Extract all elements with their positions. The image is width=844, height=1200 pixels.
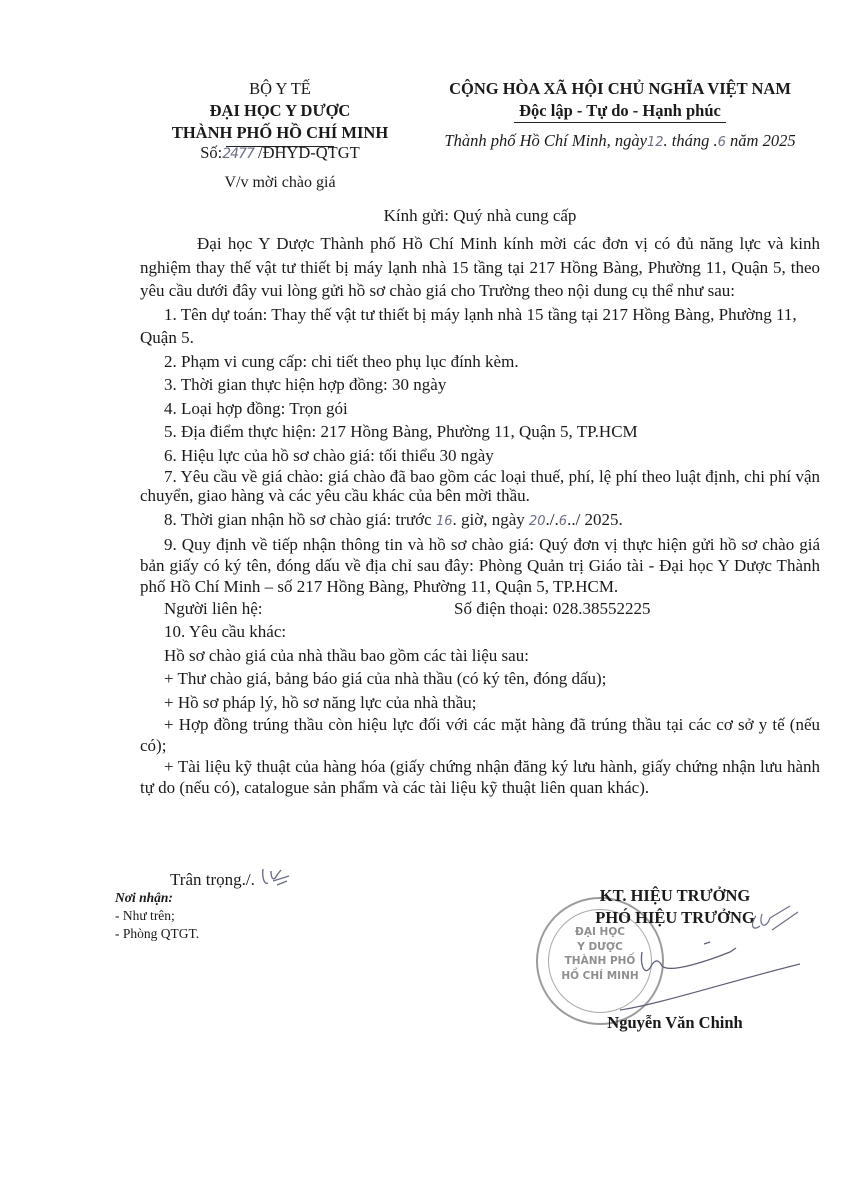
recipient-item: - Phòng QTGT.	[115, 925, 199, 943]
requirement-bullet: + Hồ sơ pháp lý, hồ sơ năng lực của nhà …	[140, 691, 820, 715]
handwritten-day: 12	[647, 135, 664, 150]
item-6: 6. Hiệu lực của hồ sơ chào giá: tối thiể…	[140, 444, 820, 468]
item-10-title: 10. Yêu cầu khác:	[140, 620, 820, 644]
handwritten-number: 2477	[222, 146, 254, 162]
number-prefix: Số:	[200, 143, 222, 162]
salutation: Kính gửi: Quý nhà cung cấp	[140, 206, 820, 226]
item-8: 8. Thời gian nhận hồ sơ chào giá: trước …	[140, 508, 820, 534]
contact-phone: Số điện thoại: 028.38552225	[454, 597, 650, 621]
item-8-prefix: 8. Thời gian nhận hồ sơ chào giá: trước	[164, 510, 436, 529]
item-4: 4. Loại hợp đồng: Trọn gói	[140, 397, 820, 421]
contact-row: Người liên hệ: Số điện thoại: 028.385522…	[140, 597, 820, 621]
handwritten-hour: 16	[436, 514, 453, 529]
document-number: Số:2477 /ĐHYD-QTGT	[140, 143, 420, 163]
recipients-title: Nơi nhận:	[115, 889, 199, 907]
ministry-name: BỘ Y TẾ	[140, 78, 420, 100]
number-suffix: /ĐHYD-QTGT	[254, 143, 360, 162]
letter-body: Đại học Y Dược Thành phố Hồ Chí Minh kín…	[140, 232, 820, 798]
date-suffix: năm 2025	[726, 131, 796, 150]
org-name-line1: ĐẠI HỌC Y DƯỢC	[140, 100, 420, 122]
item-5: 5. Địa điểm thực hiện: 217 Hồng Bàng, Ph…	[140, 420, 820, 444]
item-7: 7. Yêu cầu về giá chào: giá chào đã bao …	[140, 467, 820, 505]
closing-text: Trân trọng./.	[170, 867, 293, 890]
requirement-bullet: + Thư chào giá, bảng báo giá của nhà thầ…	[140, 667, 820, 691]
signature-scribble-icon	[600, 900, 800, 1030]
nation-name: CỘNG HÒA XÃ HỘI CHỦ NGHĨA VIỆT NAM	[420, 78, 820, 100]
item-9: 9. Quy định về tiếp nhận thông tin và hồ…	[140, 534, 820, 597]
recipients-block: Nơi nhận: - Như trên; - Phòng QTGT.	[115, 889, 199, 943]
item-8-mid: . giờ, ngày	[452, 510, 529, 529]
issuer-header: BỘ Y TẾ ĐẠI HỌC Y DƯỢC THÀNH PHỐ HỒ CHÍ …	[140, 78, 420, 151]
national-header: CỘNG HÒA XÃ HỘI CHỦ NGHĨA VIỆT NAM Độc l…	[420, 78, 820, 123]
contact-person-label: Người liên hệ:	[140, 597, 454, 621]
handwritten-deadline-month: 6	[559, 514, 567, 529]
item-1: 1. Tên dự toán: Thay thế vật tư thiết bị…	[140, 303, 820, 350]
initials-scribble-icon	[259, 867, 293, 889]
item-8-sep: ./.	[546, 510, 559, 529]
date-mid: . tháng .	[664, 131, 718, 150]
item-3: 3. Thời gian thực hiện hợp đồng: 30 ngày	[140, 373, 820, 397]
requirement-bullet: + Tài liệu kỹ thuật của hàng hóa (giấy c…	[140, 756, 820, 798]
signer-name: Nguyễn Văn Chinh	[560, 1013, 790, 1033]
national-motto: Độc lập - Tự do - Hạnh phúc	[420, 100, 820, 122]
recipient-item: - Như trên;	[115, 907, 199, 925]
date-line: Thành phố Hồ Chí Minh, ngày12. tháng .6 …	[420, 131, 820, 151]
item-2: 2. Phạm vi cung cấp: chi tiết theo phụ l…	[140, 350, 820, 374]
date-prefix: Thành phố Hồ Chí Minh, ngày	[444, 131, 647, 150]
requirement-bullet: + Hợp đồng trúng thầu còn hiệu lực đối v…	[140, 714, 820, 756]
org-name-line2: THÀNH PHỐ HỒ CHÍ MINH	[140, 122, 420, 144]
item-10-lead: Hồ sơ chào giá của nhà thầu bao gồm các …	[140, 644, 820, 668]
intro-paragraph: Đại học Y Dược Thành phố Hồ Chí Minh kín…	[140, 232, 820, 303]
subject-line: V/v mời chào giá	[140, 174, 420, 192]
closing-phrase: Trân trọng./.	[170, 870, 255, 889]
handwritten-deadline-day: 20	[529, 514, 546, 529]
item-8-suffix: ../ 2025.	[567, 510, 623, 529]
motto-underline	[514, 122, 726, 123]
handwritten-month: 6	[718, 135, 726, 150]
